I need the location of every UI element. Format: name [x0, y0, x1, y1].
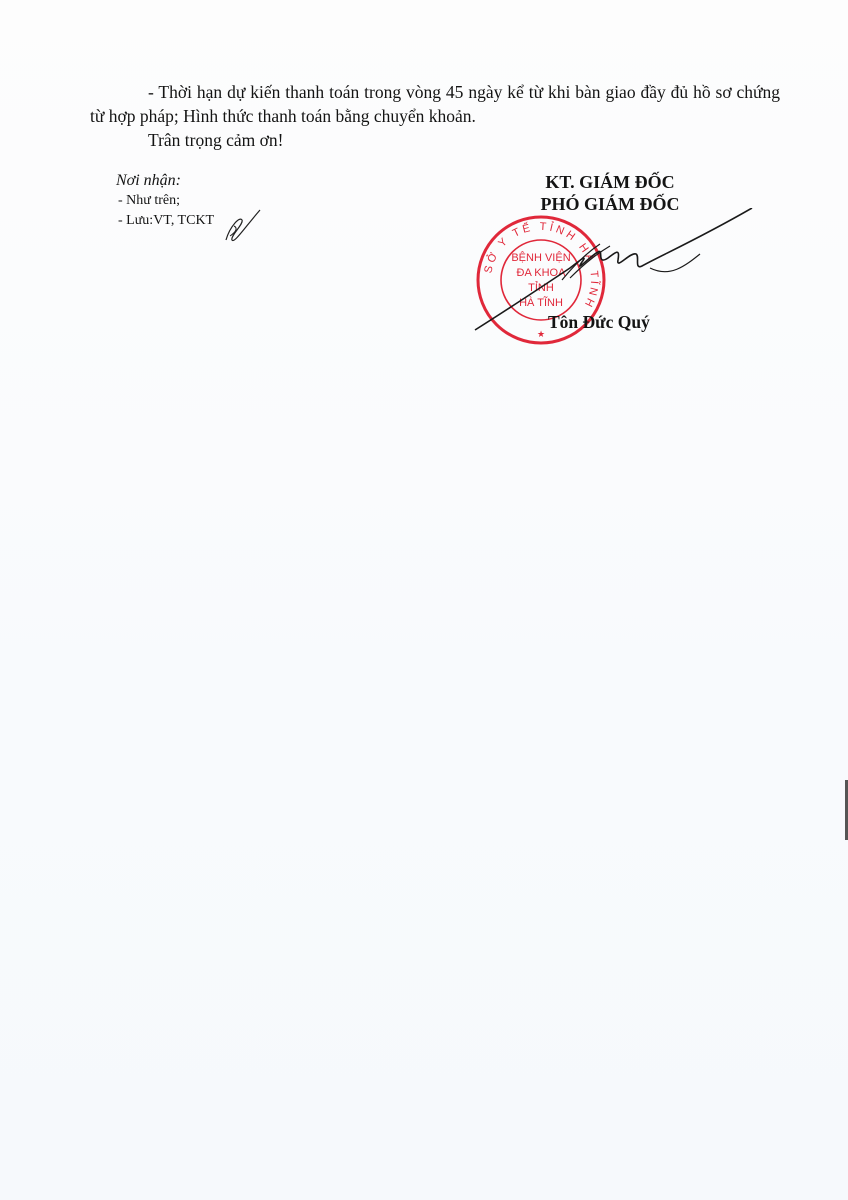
signer-name: Tôn Đức Quý: [548, 312, 650, 333]
recipients-block: Nơi nhận: - Như trên; - Lưu:VT, TCKT: [116, 171, 214, 231]
payment-terms-paragraph: - Thời hạn dự kiến thanh toán trong vòng…: [90, 80, 780, 128]
document-page: - Thời hạn dự kiến thanh toán trong vòng…: [0, 0, 848, 1200]
recipient-item: - Lưu:VT, TCKT: [116, 211, 214, 231]
closing-text: Trân trọng cảm ơn!: [148, 128, 283, 152]
initials-mark-icon: [222, 206, 262, 246]
signature-title-line1: KT. GIÁM ĐỐC: [470, 171, 750, 193]
recipient-item: - Như trên;: [116, 191, 214, 211]
recipients-title: Nơi nhận:: [116, 171, 214, 191]
